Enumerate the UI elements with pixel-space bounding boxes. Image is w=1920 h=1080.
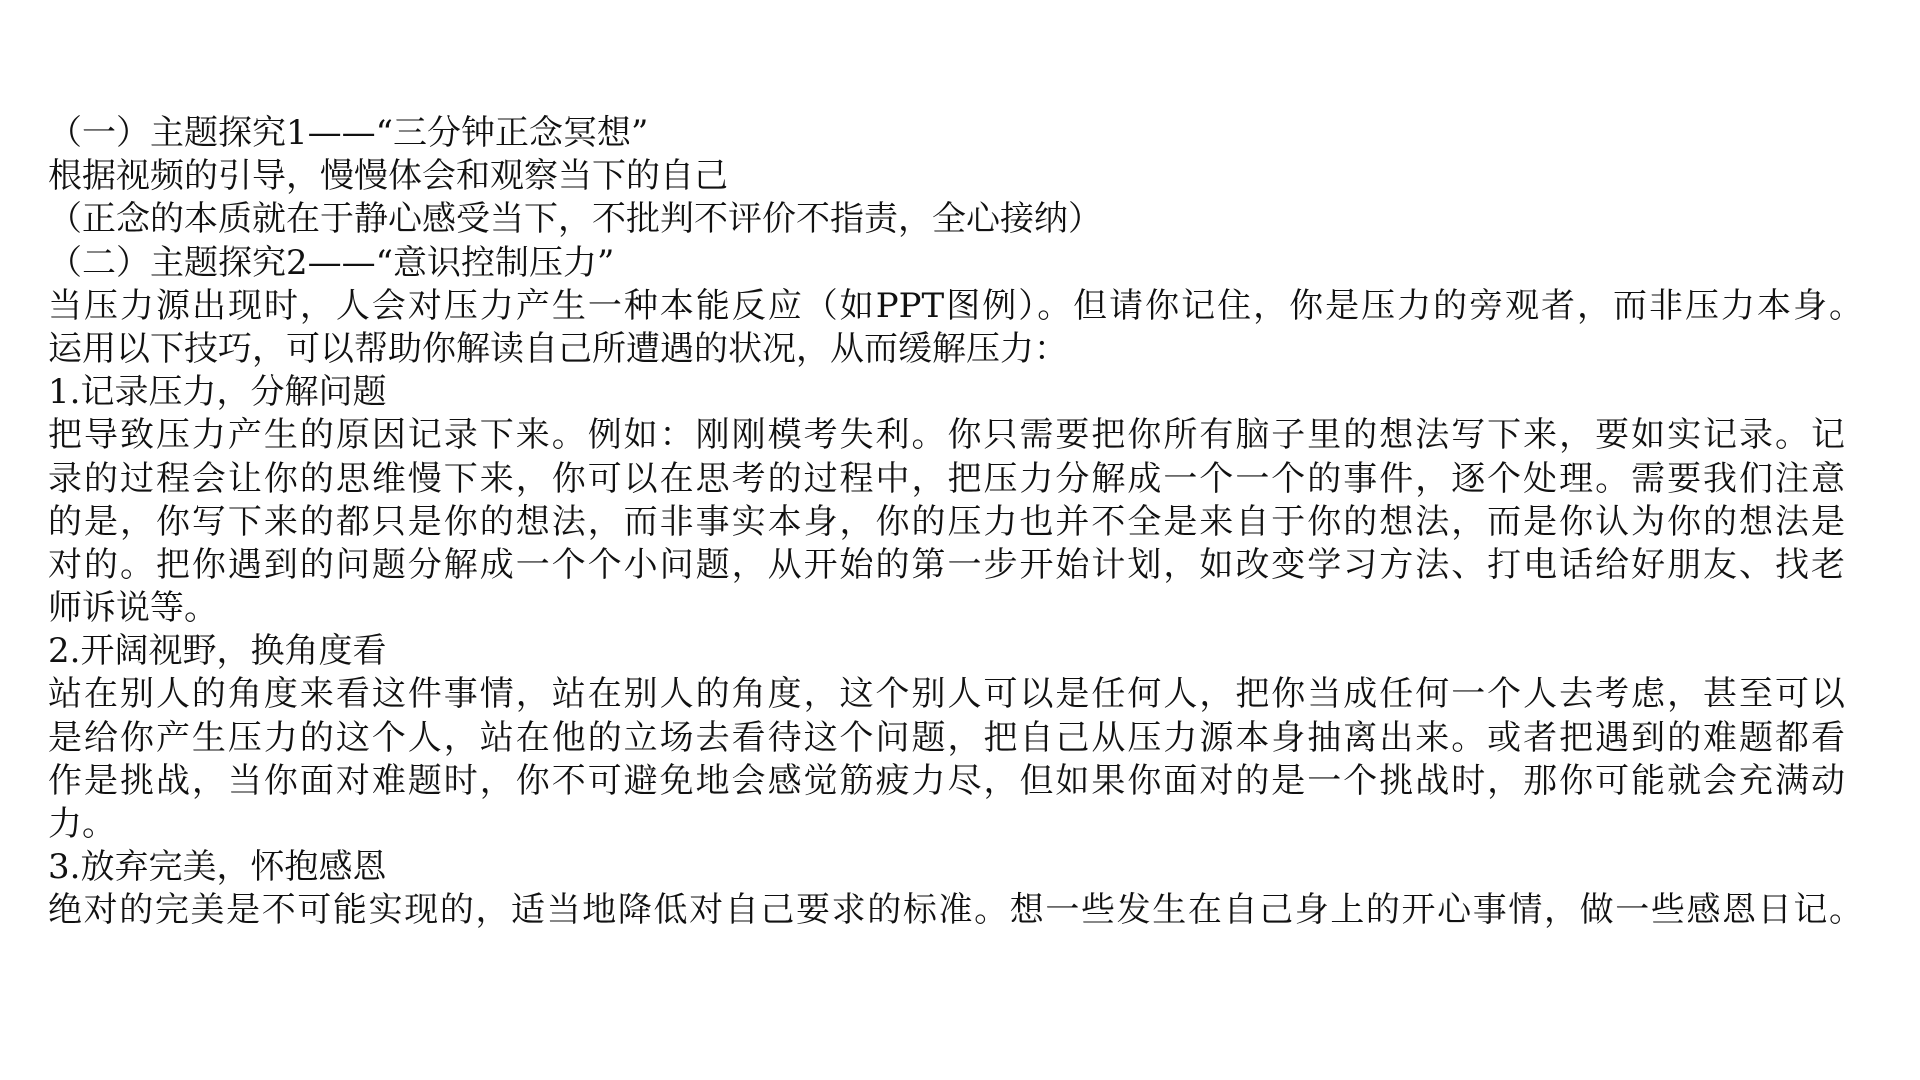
section-1-instruction: 根据视频的引导，慢慢体会和观察当下的自己 (48, 155, 1868, 198)
tip-2-body-line: 作是挑战，当你面对难题时，你不可避免地会感觉筋疲力尽，但如果你面对的是一个挑战时… (48, 760, 1845, 803)
tip-1-title: 1.记录压力，分解问题 (48, 371, 1868, 414)
tip-3-title: 3.放弃完美，怀抱感恩 (48, 846, 1868, 889)
section-1-note: （正念的本质就在于静心感受当下，不批判不评价不指责，全心接纳） (48, 198, 1868, 241)
tip-2-body-line: 力。 (48, 803, 1868, 846)
tip-2-title: 2.开阔视野，换角度看 (48, 630, 1868, 673)
tip-1-body-line: 的是，你写下来的都只是你的想法，而非事实本身，你的压力也并不全是来自于你的想法，… (48, 501, 1845, 544)
tip-1-body-line: 录的过程会让你的思维慢下来，你可以在思考的过程中，把压力分解成一个一个的事件，逐… (48, 458, 1845, 501)
section-2-intro-line: 当压力源出现时，人会对压力产生一种本能反应（如PPT图例）。但请你记住，你是压力… (48, 285, 1863, 328)
tip-1-body-line: 师诉说等。 (48, 587, 1868, 630)
tip-1-body-line: 对的。把你遇到的问题分解成一个个小问题，从开始的第一步开始计划，如改变学习方法、… (48, 544, 1845, 587)
section-2-intro-line: 运用以下技巧，可以帮助你解读自己所遭遇的状况，从而缓解压力： (48, 328, 1868, 371)
section-2-heading: （二）主题探究2——“意识控制压力” (48, 242, 1868, 285)
tip-1-body-line: 把导致压力产生的原因记录下来。例如：刚刚模考失利。你只需要把你所有脑子里的想法写… (48, 414, 1845, 457)
document-body: （一）主题探究1——“三分钟正念冥想” 根据视频的引导，慢慢体会和观察当下的自己… (48, 112, 1868, 933)
tip-2-body-line: 站在别人的角度来看这件事情，站在别人的角度，这个别人可以是任何人，把你当成任何一… (48, 673, 1845, 716)
tip-2-body-line: 是给你产生压力的这个人，站在他的立场去看待这个问题，把自己从压力源本身抽离出来。… (48, 717, 1845, 760)
tip-3-body-line: 绝对的完美是不可能实现的，适当地降低对自己要求的标准。想一些发生在自己身上的开心… (48, 889, 1863, 932)
section-1-heading: （一）主题探究1——“三分钟正念冥想” (48, 112, 1868, 155)
